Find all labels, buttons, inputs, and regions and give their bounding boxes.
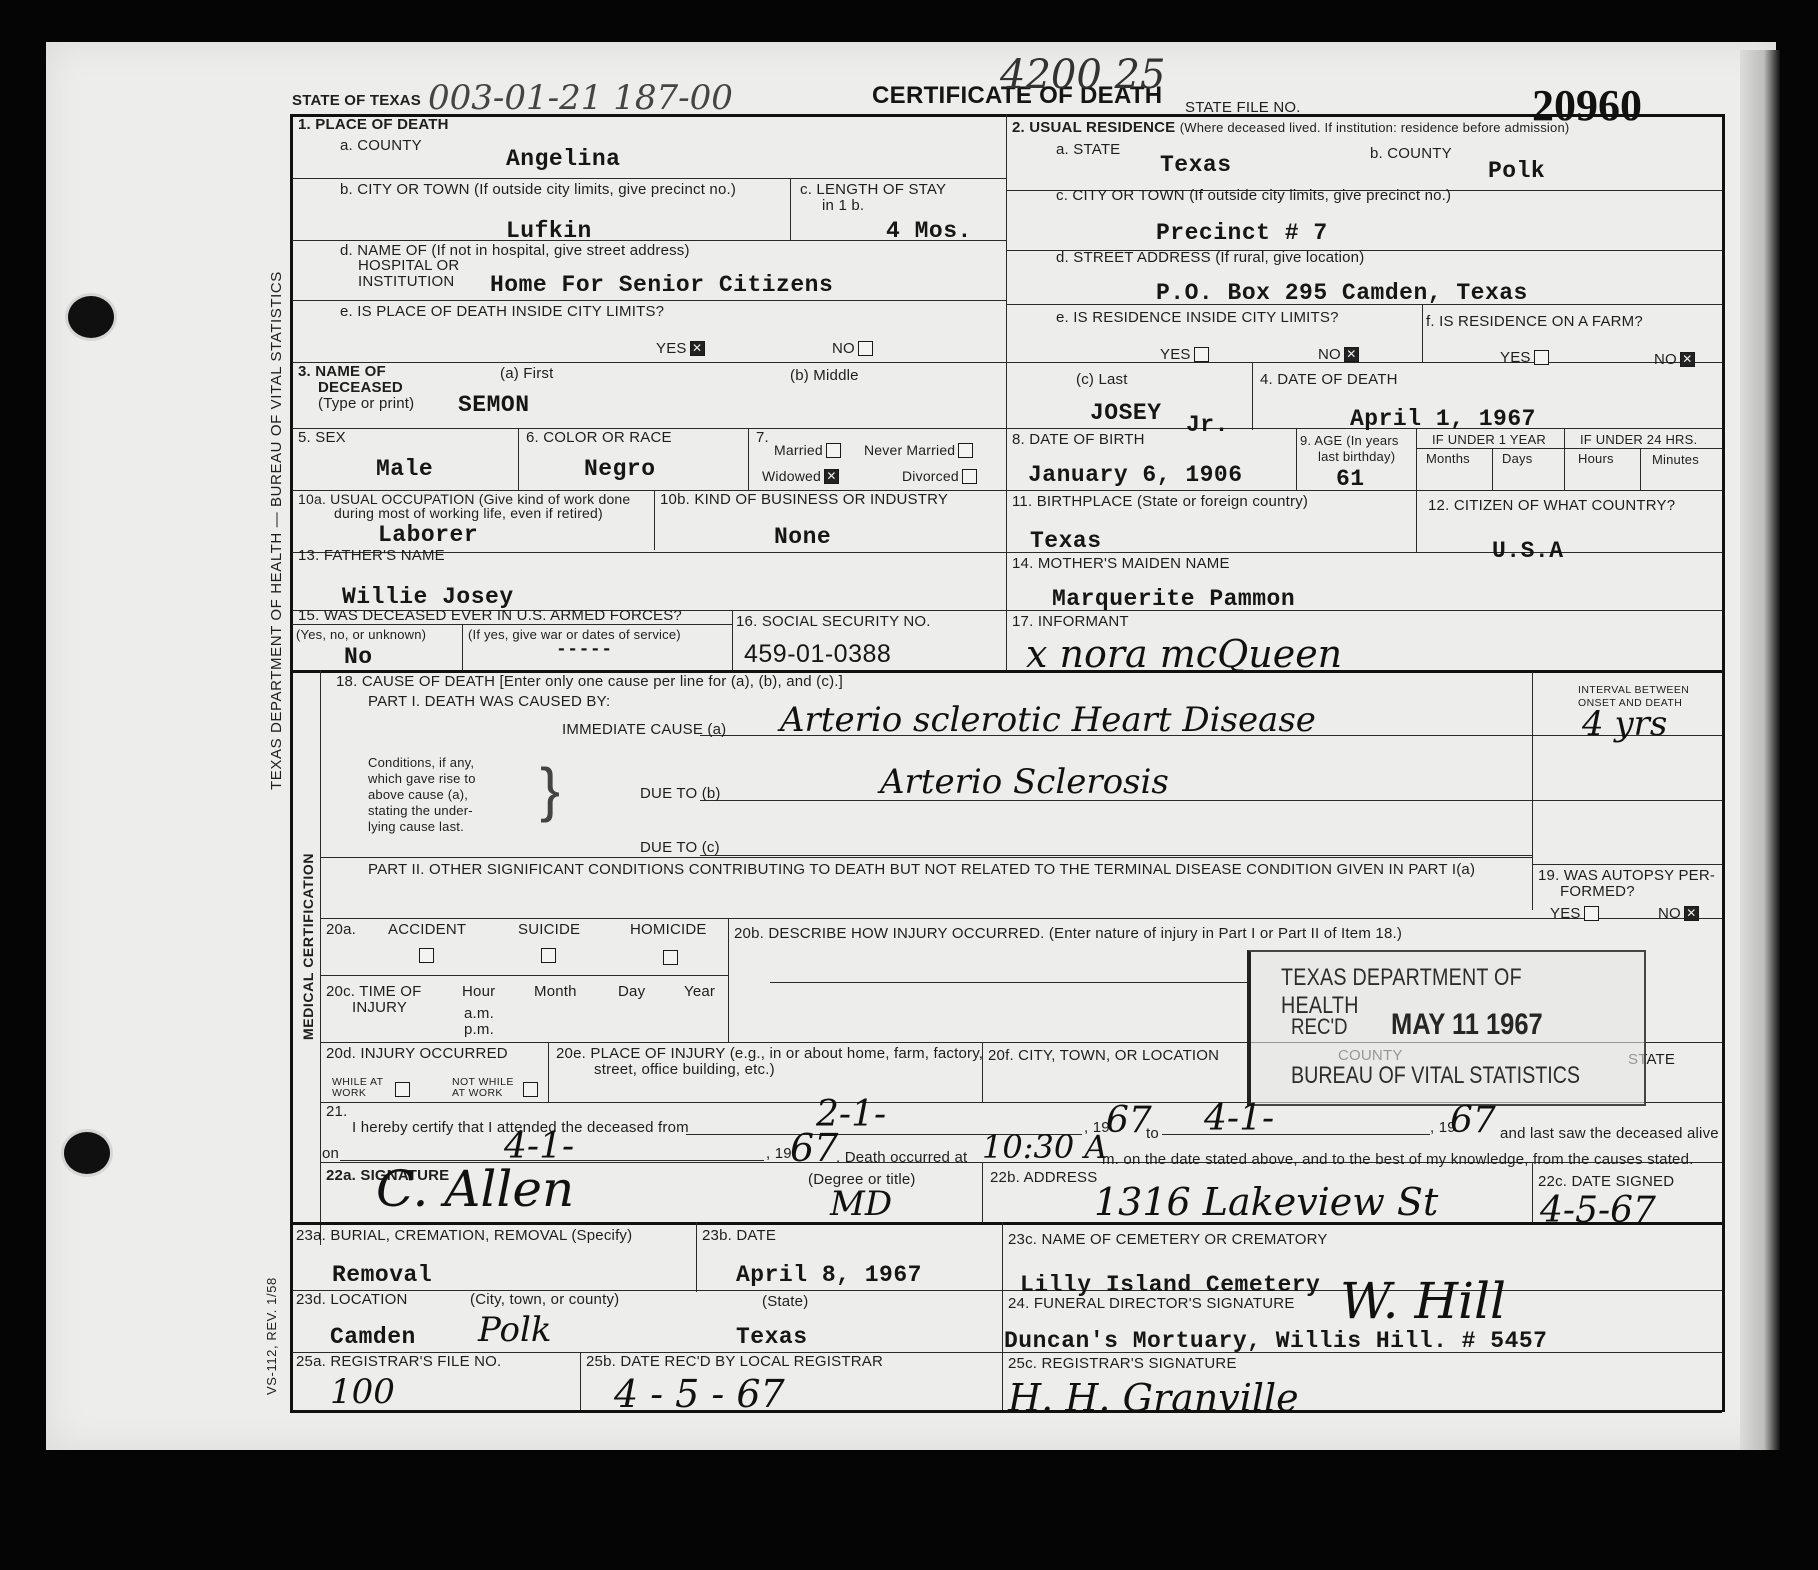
col-line <box>1564 428 1565 490</box>
col-line <box>748 428 749 490</box>
am-label: a.m. <box>464 1006 494 1022</box>
department-side-label: TEXAS DEPARTMENT OF HEALTH — BUREAU OF V… <box>268 271 285 790</box>
place-of-death-label: 1. PLACE OF DEATH <box>298 117 449 133</box>
row-line <box>292 624 732 625</box>
burial-date-label: 23b. DATE <box>702 1228 776 1244</box>
stamp-date: MAY 11 1967 <box>1391 1008 1543 1042</box>
yes-label: YES <box>1160 346 1191 363</box>
col-line <box>790 178 791 240</box>
injury-place-label: 20e. PLACE OF INJURY (e.g., in or about … <box>556 1046 983 1062</box>
conditions-note-5: lying cause last. <box>368 820 464 834</box>
cause-of-death-label: 18. CAUSE OF DEATH [Enter only one cause… <box>336 674 843 690</box>
row-line <box>320 857 1532 858</box>
yes-label: YES <box>656 340 687 357</box>
divorced-label: Divorced <box>902 468 959 484</box>
residence-inside-limits-no[interactable]: NO✕ <box>1318 347 1359 363</box>
sex-label: 5. SEX <box>298 430 346 446</box>
death-date-value: April 1, 1967 <box>1350 406 1536 432</box>
hour-label: Hour <box>462 984 495 1000</box>
industry-label: 10b. KIND OF BUSINESS OR INDUSTRY <box>660 492 948 508</box>
form-number-label: VS-112, REV. 1/58 <box>264 1277 279 1395</box>
right-border <box>1722 114 1725 1412</box>
punch-hole-bottom <box>64 1132 110 1174</box>
armed-service-value: ----- <box>556 640 613 660</box>
injury-description-label: 20b. DESCRIBE HOW INJURY OCCURRED. (Ente… <box>734 926 1402 942</box>
institution-value: Home For Senior Citizens <box>490 272 833 298</box>
residence-inside-limits-label: e. IS RESIDENCE INSIDE CITY LIMITS? <box>1056 310 1339 326</box>
death-time-statement: m. on the date stated above, and to the … <box>1102 1152 1694 1168</box>
medical-frame-line <box>320 670 321 1245</box>
injury-city-label: 20f. CITY, TOWN, OR LOCATION <box>988 1048 1219 1064</box>
informant-label: 17. INFORMANT <box>1012 614 1129 630</box>
married-label: Married <box>774 442 823 458</box>
interval-b-line <box>1532 800 1722 801</box>
name-suffix-value: Jr. <box>1186 412 1229 438</box>
cemetery-label: 23c. NAME OF CEMETERY OR CREMATORY <box>1008 1232 1328 1248</box>
part1-label: PART I. DEATH WAS CAUSED BY: <box>368 694 610 710</box>
death-inside-limits-label: e. IS PLACE OF DEATH INSIDE CITY LIMITS? <box>340 304 664 320</box>
injury-time-label: 20c. TIME OF <box>326 984 421 1000</box>
row-line <box>1416 448 1722 449</box>
attended-to-date: 4-1- <box>1204 1098 1274 1139</box>
death-inside-limits-yes[interactable]: YES✕ <box>656 341 705 357</box>
state-of-texas-label: STATE OF TEXAS <box>292 93 421 109</box>
on-label: on <box>322 1146 339 1162</box>
injury-time-sublabel: INJURY <box>352 1000 407 1016</box>
due-to-b-label: DUE TO (b) <box>640 786 721 802</box>
minutes-label: Minutes <box>1652 453 1699 467</box>
funeral-director-signature: W. Hill <box>1340 1272 1506 1330</box>
days-label: Days <box>1502 452 1532 466</box>
on-year-prefix: , 19 <box>766 1146 792 1162</box>
physician-address-label: 22b. ADDRESS <box>990 1170 1097 1186</box>
registrar-date-label: 25b. DATE REC'D BY LOCAL REGISTRAR <box>586 1354 883 1370</box>
race-label: 6. COLOR OR RACE <box>526 430 672 446</box>
birthplace-value: Texas <box>1030 528 1102 554</box>
death-time-value: 10:30 A <box>982 1128 1108 1166</box>
widowed-option[interactable]: Widowed✕ <box>762 468 839 485</box>
physician-address-value: 1316 Lakeview St <box>1094 1180 1438 1224</box>
location-state-sublabel: (State) <box>762 1294 808 1310</box>
under-1-year-label: IF UNDER 1 YEAR <box>1432 433 1546 447</box>
year-label: Year <box>684 984 715 1000</box>
last-seen-text: and last saw the deceased alive <box>1500 1126 1719 1142</box>
autopsy-label: 19. WAS AUTOPSY PER- <box>1538 868 1715 884</box>
accident-checkbox[interactable] <box>419 948 434 963</box>
pm-label: p.m. <box>464 1022 494 1038</box>
registrar-file-label: 25a. REGISTRAR'S FILE NO. <box>296 1354 501 1370</box>
checkbox-empty-icon[interactable] <box>1194 347 1209 362</box>
degree-value: MD <box>830 1184 892 1224</box>
suicide-checkbox[interactable] <box>541 948 556 963</box>
residence-farm-yes[interactable]: YES <box>1500 350 1549 366</box>
first-name-label: (a) First <box>500 366 553 382</box>
col-line <box>1416 428 1417 490</box>
no-label: NO <box>832 340 855 357</box>
burial-value: Removal <box>332 1262 432 1288</box>
while-at-work-label-2: WORK <box>332 1087 366 1099</box>
residence-state-label: a. STATE <box>1056 142 1120 158</box>
interval-column-line <box>1532 672 1533 910</box>
no-label: NO <box>1658 905 1681 922</box>
mother-name-label: 14. MOTHER'S MAIDEN NAME <box>1012 556 1230 572</box>
usual-residence-title: 2. USUAL RESIDENCE <box>1012 119 1175 136</box>
informant-signature: x nora mcQueen <box>1026 632 1342 676</box>
residence-county-label: b. COUNTY <box>1370 146 1452 162</box>
fill-line <box>1162 1134 1430 1135</box>
under-24-hours-label: IF UNDER 24 HRS. <box>1580 433 1697 447</box>
col-line <box>1422 304 1423 362</box>
handwritten-record-code: 003-01-21 187-00 <box>428 78 733 118</box>
occupation-value: Laborer <box>378 522 478 548</box>
death-date-label: 4. DATE OF DEATH <box>1260 372 1398 388</box>
hours-label: Hours <box>1578 452 1614 466</box>
armed-forces-value: No <box>344 644 373 670</box>
handwritten-overlay-number: 4200 25 <box>1000 52 1165 98</box>
residence-farm-label: f. IS RESIDENCE ON A FARM? <box>1426 314 1643 330</box>
funeral-home-value: Duncan's Mortuary, Willis Hill. # 5457 <box>1004 1328 1548 1354</box>
registrar-signature-label: 25c. REGISTRAR'S SIGNATURE <box>1008 1356 1237 1372</box>
citizen-value: U.S.A <box>1492 538 1564 564</box>
checkbox-empty-icon[interactable] <box>1534 350 1549 365</box>
occupation-sublabel: during most of working life, even if ret… <box>334 506 603 520</box>
checkbox-checked-icon[interactable]: ✕ <box>1344 347 1359 362</box>
day-label: Day <box>618 984 645 1000</box>
yes-label: YES <box>1500 349 1531 366</box>
from-year: 67 <box>1106 1100 1152 1141</box>
punch-hole-top <box>68 296 114 338</box>
residence-city-label: c. CITY OR TOWN (If outside city limits,… <box>1056 188 1451 204</box>
checkbox-checked-icon[interactable]: ✕ <box>824 469 839 484</box>
injury-occurred-label: 20d. INJURY OCCURRED <box>326 1046 508 1062</box>
residence-street-value: P.O. Box 295 Camden, Texas <box>1156 280 1528 306</box>
occupation-label: 10a. USUAL OCCUPATION (Give kind of work… <box>298 492 630 506</box>
never-married-label: Never Married <box>864 442 955 458</box>
death-county-label: a. COUNTY <box>340 138 422 154</box>
immediate-cause-label: IMMEDIATE CAUSE (a) <box>562 722 726 738</box>
marital-status-label: 7. <box>756 430 769 446</box>
row-line <box>320 975 728 976</box>
death-inside-limits-no[interactable]: NO <box>832 341 873 357</box>
race-value: Negro <box>584 456 656 482</box>
section-divider <box>292 1222 1722 1225</box>
interval-value: 4 yrs <box>1582 704 1667 744</box>
checkbox-empty-icon[interactable] <box>962 469 977 484</box>
to-label: to <box>1146 1126 1159 1142</box>
armed-forces-sublabel-1: (Yes, no, or unknown) <box>296 628 426 642</box>
armed-forces-label: 15. WAS DECEASED EVER IN U.S. ARMED FORC… <box>298 608 682 624</box>
death-city-value: Lufkin <box>506 218 592 244</box>
row-line <box>1532 864 1722 865</box>
death-county-value: Angelina <box>506 146 620 172</box>
col-line <box>1252 362 1253 430</box>
part2-label: PART II. OTHER SIGNIFICANT CONDITIONS CO… <box>368 862 1475 878</box>
ssn-label: 16. SOCIAL SECURITY NO. <box>736 614 931 630</box>
date-signed-value: 4-5-67 <box>1540 1190 1656 1231</box>
last-name-label: (c) Last <box>1076 372 1128 388</box>
col-line <box>1416 490 1417 552</box>
months-label: Months <box>1426 452 1470 466</box>
deceased-name-label-3: (Type or print) <box>318 396 414 412</box>
suicide-label: SUICIDE <box>518 922 580 938</box>
location-state-value: Texas <box>736 1324 808 1350</box>
col-line <box>982 1162 983 1222</box>
col-line <box>696 1222 697 1292</box>
deceased-name-label-2: DECEASED <box>318 380 403 396</box>
autopsy-yes[interactable]: YES <box>1550 906 1599 922</box>
col-line <box>654 490 655 550</box>
col-line <box>580 1352 581 1410</box>
usual-residence-note: (Where deceased lived. If institution: r… <box>1180 120 1570 135</box>
not-while-at-work-label-2: AT WORK <box>452 1087 503 1099</box>
col-line <box>1532 1162 1533 1222</box>
burial-date-value: April 8, 1967 <box>736 1262 922 1288</box>
age-value: 61 <box>1336 466 1365 492</box>
conditions-note-1: Conditions, if any, <box>368 756 474 770</box>
immediate-cause-value: Arterio sclerotic Heart Disease <box>780 700 1316 740</box>
first-name-value: SEMON <box>458 392 530 418</box>
col-line <box>728 918 729 1042</box>
never-married-option[interactable]: Never Married <box>864 442 973 459</box>
no-label: NO <box>1654 351 1677 368</box>
residence-state-value: Texas <box>1160 152 1232 178</box>
last-name-value: JOSEY <box>1090 400 1162 426</box>
registrar-signature: H. H. Granville <box>1008 1376 1299 1420</box>
row-line <box>292 178 1006 179</box>
location-city-value: Camden <box>330 1324 416 1350</box>
accident-label: ACCIDENT <box>388 922 466 938</box>
col-line <box>1002 1222 1003 1410</box>
center-divider <box>1006 114 1007 670</box>
medical-certification-side-label: MEDICAL CERTIFICATION <box>300 853 316 1040</box>
row-line <box>320 918 1722 919</box>
col-line <box>462 624 463 670</box>
checkbox-checked-icon[interactable]: ✕ <box>1684 906 1699 921</box>
not-while-at-work-checkbox[interactable] <box>523 1082 538 1097</box>
location-label: 23d. LOCATION <box>296 1292 408 1308</box>
on-year: 67 <box>790 1126 838 1170</box>
residence-city-value: Precinct # 7 <box>1156 220 1328 246</box>
deceased-name-label: 3. NAME OF <box>298 364 386 380</box>
interval-label: INTERVAL BETWEEN <box>1578 684 1689 696</box>
industry-value: None <box>774 524 831 550</box>
injury-type-label: 20a. <box>326 922 356 938</box>
certification-item-label: 21. <box>326 1104 347 1120</box>
ssn-value: 459-01-0388 <box>744 640 891 669</box>
col-line <box>518 428 519 490</box>
married-option[interactable]: Married <box>774 442 841 459</box>
birthplace-label: 11. BIRTHPLACE (State or foreign country… <box>1012 494 1308 510</box>
stamp-recd-label: REC'D <box>1291 1014 1348 1040</box>
registrar-date-value: 4 - 5 - 67 <box>614 1372 785 1416</box>
no-label: NO <box>1318 346 1341 363</box>
institution-label-2: HOSPITAL OR <box>358 258 459 274</box>
institution-label-3: INSTITUTION <box>358 274 454 290</box>
row-line <box>770 982 1250 983</box>
birth-date-value: January 6, 1906 <box>1028 462 1243 488</box>
yes-label: YES <box>1550 905 1581 922</box>
row-line <box>292 300 1006 301</box>
col-line <box>548 1042 549 1102</box>
mother-name-value: Marquerite Pammon <box>1052 586 1295 612</box>
checkbox-empty-icon[interactable] <box>858 341 873 356</box>
residence-county-value: Polk <box>1488 158 1545 184</box>
col-line <box>732 610 733 670</box>
residence-street-label: d. STREET ADDRESS (If rural, give locati… <box>1056 250 1364 266</box>
date-signed-label: 22c. DATE SIGNED <box>1538 1174 1674 1190</box>
checkbox-empty-icon[interactable] <box>1584 906 1599 921</box>
usual-residence-label: 2. USUAL RESIDENCE (Where deceased lived… <box>1012 120 1569 136</box>
location-sublabel: (City, town, or county) <box>470 1292 619 1308</box>
sex-value: Male <box>376 456 433 482</box>
stamp-bureau: BUREAU OF VITAL STATISTICS <box>1291 1062 1580 1090</box>
paper-stack-edge <box>1740 50 1780 1450</box>
age-sublabel: last birthday) <box>1318 450 1395 464</box>
father-name-label: 13. FATHER'S NAME <box>298 548 445 564</box>
physician-signature: C. Allen <box>376 1160 574 1218</box>
received-stamp: TEXAS DEPARTMENT OF HEALTH REC'D MAY 11 … <box>1247 950 1646 1106</box>
residence-inside-limits-yes[interactable]: YES <box>1160 347 1209 363</box>
birth-date-label: 8. DATE OF BIRTH <box>1012 432 1145 448</box>
while-at-work-checkbox[interactable] <box>395 1082 410 1097</box>
conditions-note-2: which gave rise to <box>368 772 476 786</box>
due-to-b-value: Arterio Sclerosis <box>880 762 1169 802</box>
col-line <box>1296 428 1297 490</box>
death-city-label: b. CITY OR TOWN (If outside city limits,… <box>340 182 736 198</box>
location-county-value: Polk <box>478 1310 551 1350</box>
checkbox-empty-icon[interactable] <box>826 443 841 458</box>
length-of-stay-value: 4 Mos. <box>886 218 972 244</box>
age-label: 9. AGE (In years <box>1300 434 1399 448</box>
middle-name-label: (b) Middle <box>790 368 859 384</box>
left-border <box>290 114 293 1412</box>
citizen-label: 12. CITIZEN OF WHAT COUNTRY? <box>1428 498 1675 514</box>
homicide-checkbox[interactable] <box>663 950 678 965</box>
conditions-note-3: above cause (a), <box>368 788 468 802</box>
length-of-stay-label: c. LENGTH OF STAY <box>800 182 946 198</box>
widowed-label: Widowed <box>762 468 821 484</box>
cause-c-line <box>700 855 1532 856</box>
death-time-label: . Death occurred at <box>836 1150 967 1166</box>
autopsy-no[interactable]: NO✕ <box>1658 906 1699 922</box>
length-of-stay-sublabel: in 1 b. <box>822 198 864 214</box>
checkbox-checked-icon[interactable]: ✕ <box>690 341 705 356</box>
col-line <box>1640 448 1641 490</box>
col-line <box>1492 448 1493 490</box>
autopsy-sublabel: FORMED? <box>1560 884 1635 900</box>
due-to-c-label: DUE TO (c) <box>640 840 720 856</box>
homicide-label: HOMICIDE <box>630 922 707 938</box>
residence-farm-no[interactable]: NO✕ <box>1654 352 1695 368</box>
registrar-file-value: 100 <box>330 1372 395 1412</box>
burial-label: 23a. BURIAL, CREMATION, REMOVAL (Specify… <box>296 1228 632 1244</box>
bracket-glyph: } <box>540 760 560 820</box>
bottom-border <box>290 1410 1722 1413</box>
month-label: Month <box>534 984 577 1000</box>
divorced-option[interactable]: Divorced <box>902 468 977 485</box>
funeral-director-label: 24. FUNERAL DIRECTOR'S SIGNATURE <box>1008 1296 1295 1312</box>
conditions-note-4: stating the under- <box>368 804 473 818</box>
to-year: 67 <box>1450 1100 1496 1141</box>
injury-place-sublabel: street, office building, etc.) <box>594 1062 775 1078</box>
checkbox-checked-icon[interactable]: ✕ <box>1680 352 1695 367</box>
checkbox-empty-icon[interactable] <box>958 443 973 458</box>
